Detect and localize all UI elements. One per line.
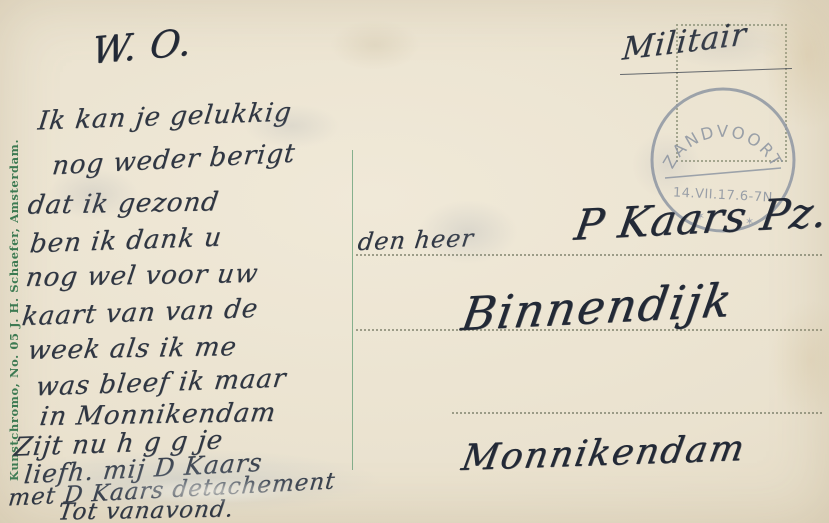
message-line: Tot vanavond. [56,498,235,523]
message-line: kaart van van de [20,296,259,330]
message-line: nog weder berigt [51,141,297,180]
address-town: Monnikendam [459,431,749,477]
address-line-3 [452,412,822,414]
message-line: nog wel voor uw [24,261,260,291]
address-line-1 [356,254,822,256]
paper-stain [770,300,829,420]
message-line: was bleef ik maar [34,366,287,401]
address-salutation: den heer [357,226,476,254]
heading-initials: W. O. [91,23,194,69]
divider-line [352,150,353,470]
postmark-chord-line [665,168,781,178]
postcard-back: Kunstchromo, No. 05 J. H. Schaefer, Amst… [0,0,829,523]
publisher-imprint: Kunstchromo, No. 05 J. H. Schaefer, Amst… [7,89,21,481]
message-line: Ik kan je gelukkig [36,100,293,135]
message-line: in Monnikendam [38,400,278,430]
address-street: Binnendijk [459,277,737,338]
paper-stain [330,20,420,70]
message-line: dat ik gezond [26,189,221,218]
message-line: week als ik me [26,334,238,364]
postmark-town: ZANDVOORT [659,122,786,172]
message-line: ben ik dank u [28,225,223,258]
address-name: P Kaars Pz. [572,191,829,247]
